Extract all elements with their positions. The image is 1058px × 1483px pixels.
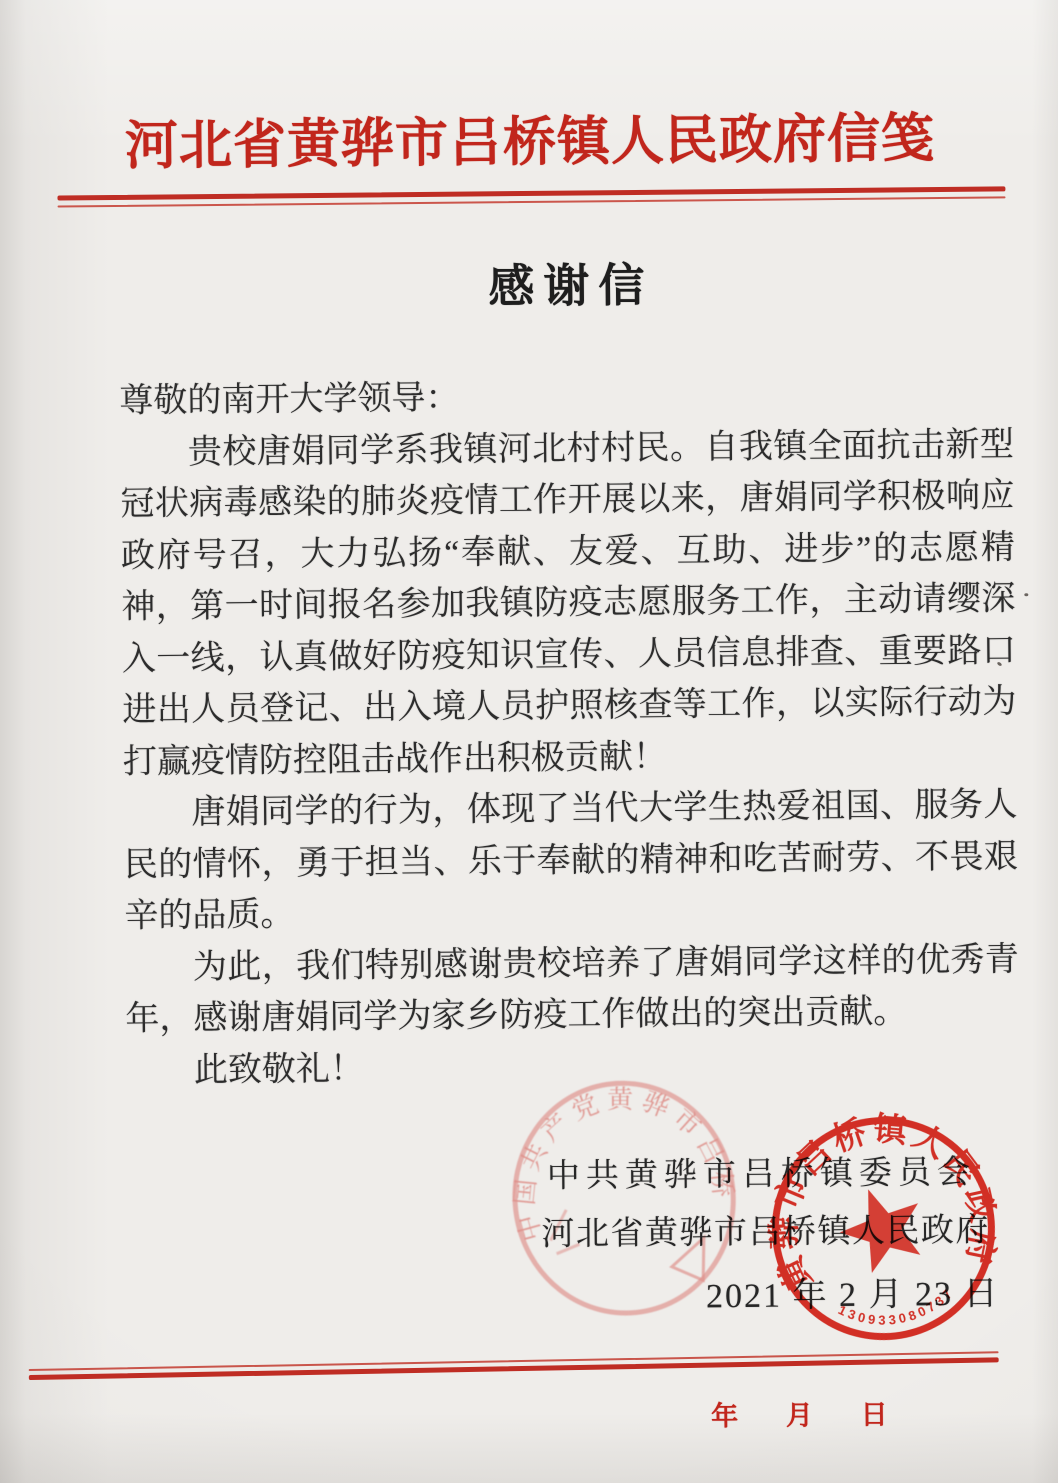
paper-speck [1024,593,1028,596]
letterhead-title: 河北省黄骅市吕桥镇人民政府信笺 [125,96,936,180]
letter-page: 河北省黄骅市吕桥镇人民政府信笺 感谢信 尊敬的南开大学领导： 贵校唐娟同学系我镇… [0,0,1058,1483]
paragraph-3: 为此，我们特别感谢贵校培养了唐娟同学这样的优秀青年，感谢唐娟同学为家乡防疫工作做… [125,934,1020,1046]
footer-day-label: 日 [861,1400,888,1430]
footer-year-label: 年 [711,1401,738,1431]
paragraph-1: 贵校唐娟同学系我镇河北村村民。自我镇全面抗击新型冠状病毒感染的肺炎疫情工作开展以… [120,419,1017,788]
government-seal: 黄骅市吕桥镇人民政府 1309330807373 [753,1098,1014,1359]
document-title: 感谢信 [488,249,654,317]
photo-tilt-wrapper: 河北省黄骅市吕桥镇人民政府信笺 感谢信 尊敬的南开大学领导： 贵校唐娟同学系我镇… [0,0,1058,1483]
letterhead-rule [57,186,1005,207]
footer-date-template: 年 月 日 [711,1393,888,1434]
seal-emblem-fragment [668,1238,710,1285]
seal-arc-text: 中国共产党黄骅市吕桥镇委员会 [492,1061,741,1247]
party-committee-seal: 中国共产党黄骅市吕桥镇委员会 [492,1061,755,1335]
seal-ink-smudge [546,1209,580,1255]
seal-arc-text: 黄骅市吕桥镇人民政府 [753,1098,1008,1298]
paragraph-2: 唐娟同学的行为，体现了当代大学生热爱祖国、服务人民的情怀，勇于担当、乐于奉献的精… [123,779,1018,942]
salutation: 尊敬的南开大学领导： [119,367,1013,427]
letter-body: 尊敬的南开大学领导： 贵校唐娟同学系我镇河北村村民。自我镇全面抗击新型冠状病毒感… [119,367,1020,1097]
star-icon [829,1175,935,1279]
footer-rule [29,1351,999,1380]
footer-month-label: 月 [786,1400,813,1430]
